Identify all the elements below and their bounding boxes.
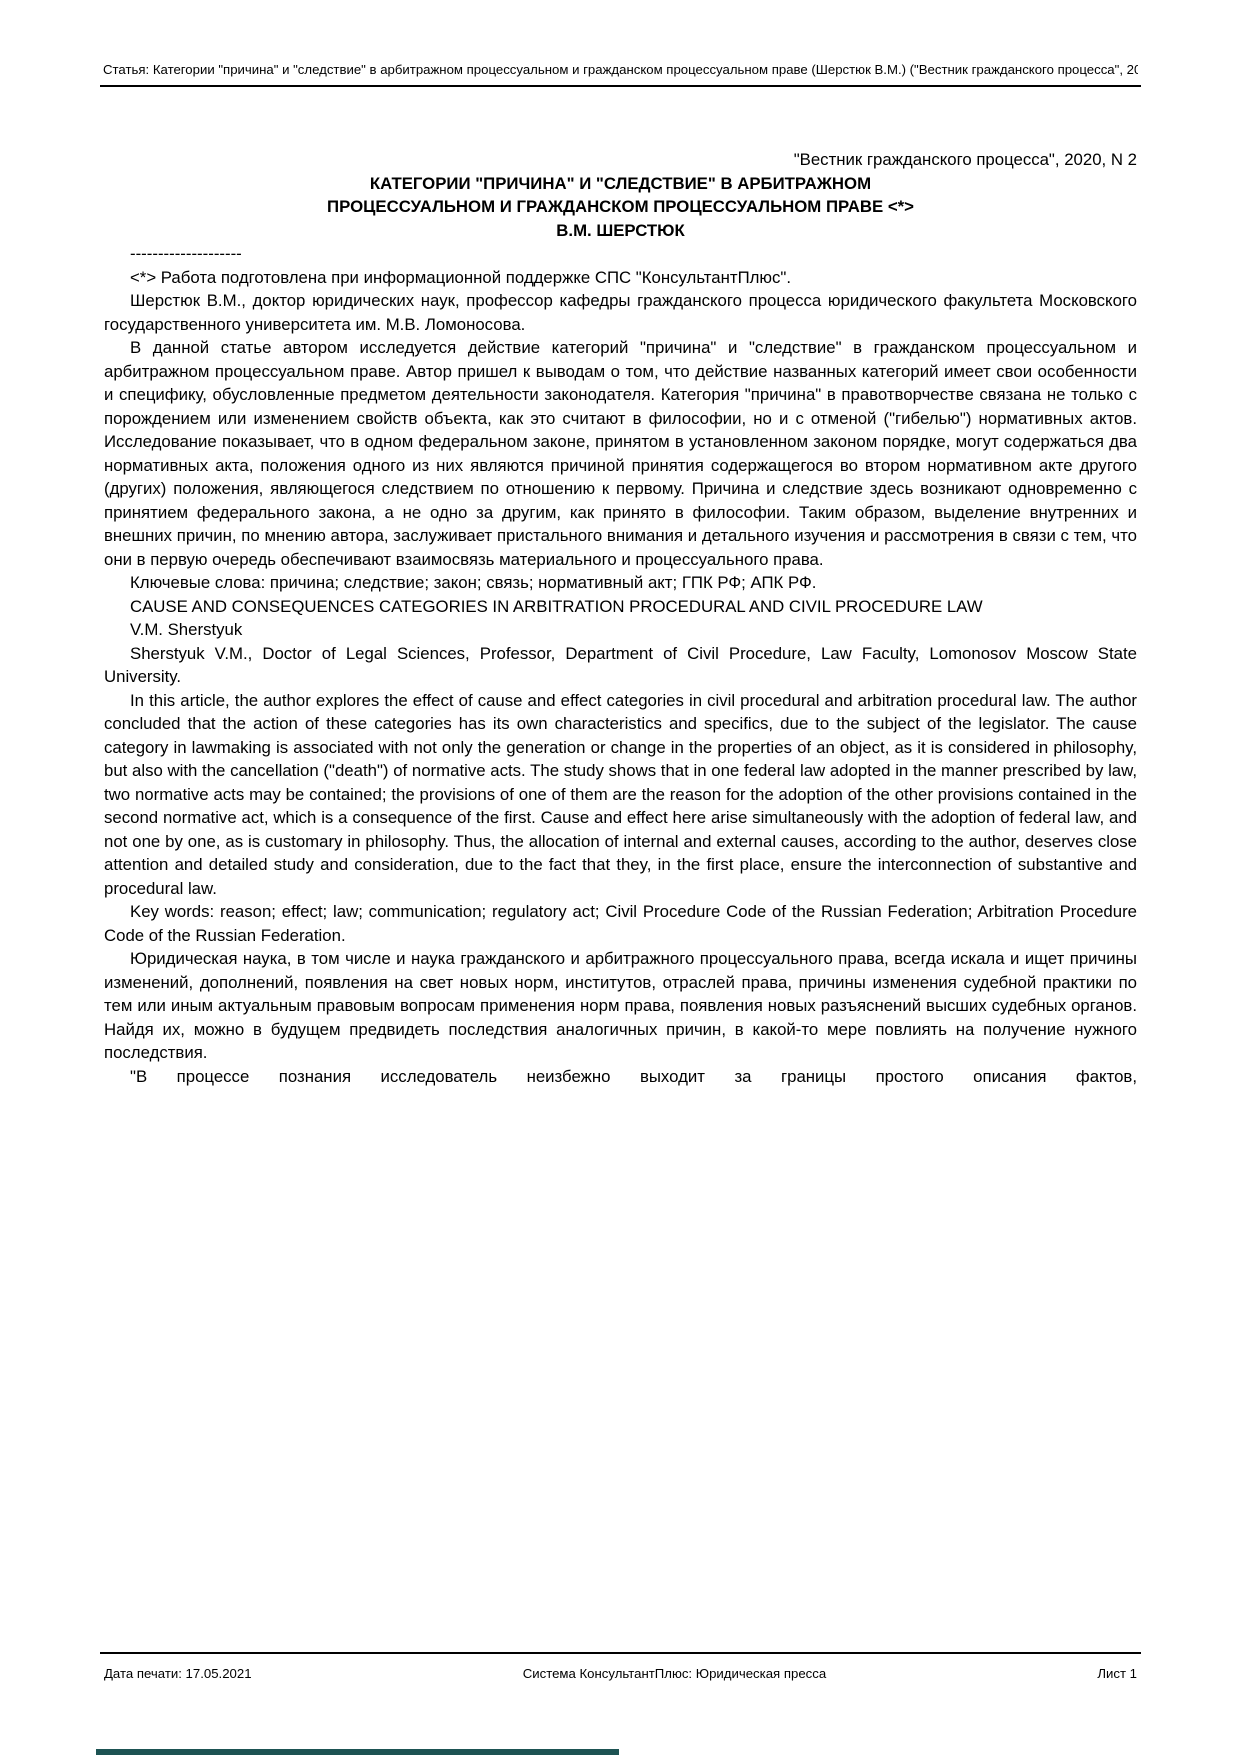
article-title-en: CAUSE AND CONSEQUENCES CATEGORIES IN ARB… (104, 595, 1137, 619)
running-header: Статья: Категории "причина" и "следствие… (103, 62, 1138, 78)
sheet-number: Лист 1 (1097, 1666, 1137, 1682)
print-date: Дата печати: 17.05.2021 (104, 1666, 252, 1682)
header-divider (100, 85, 1141, 87)
keywords-en: Key words: reason; effect; law; communic… (104, 900, 1137, 947)
abstract-ru: В данной статье автором исследуется дейс… (104, 336, 1137, 571)
author-bio-ru: Шерстюк В.М., доктор юридических наук, п… (104, 289, 1137, 336)
keywords-ru: Ключевые слова: причина; следствие; зако… (104, 571, 1137, 595)
author-name-en: V.M. Sherstyuk (104, 618, 1137, 642)
article-title-ru-line1: КАТЕГОРИИ "ПРИЧИНА" И "СЛЕДСТВИЕ" В АРБИ… (104, 172, 1137, 196)
author-bio-en: Sherstyuk V.M., Doctor of Legal Sciences… (104, 642, 1137, 689)
document-body: "Вестник гражданского процесса", 2020, N… (104, 148, 1137, 1088)
author-name-ru: В.М. ШЕРСТЮК (104, 219, 1137, 243)
body-paragraph-1: Юридическая наука, в том числе и наука г… (104, 947, 1137, 1065)
footnote-text: <*> Работа подготовлена при информационн… (104, 266, 1137, 290)
system-name: Система КонсультантПлюс: Юридическая пре… (523, 1666, 826, 1682)
footnote-separator: -------------------- (104, 242, 1137, 266)
running-footer: Дата печати: 17.05.2021 Система Консульт… (104, 1666, 1137, 1682)
body-paragraph-2: "В процессе познания исследователь неизб… (104, 1065, 1137, 1089)
article-title-ru-line2: ПРОЦЕССУАЛЬНОМ И ГРАЖДАНСКОМ ПРОЦЕССУАЛЬ… (104, 195, 1137, 219)
taskbar-fragment (96, 1749, 619, 1755)
abstract-en: In this article, the author explores the… (104, 689, 1137, 901)
footer-divider (100, 1652, 1141, 1654)
journal-reference: "Вестник гражданского процесса", 2020, N… (104, 148, 1137, 172)
